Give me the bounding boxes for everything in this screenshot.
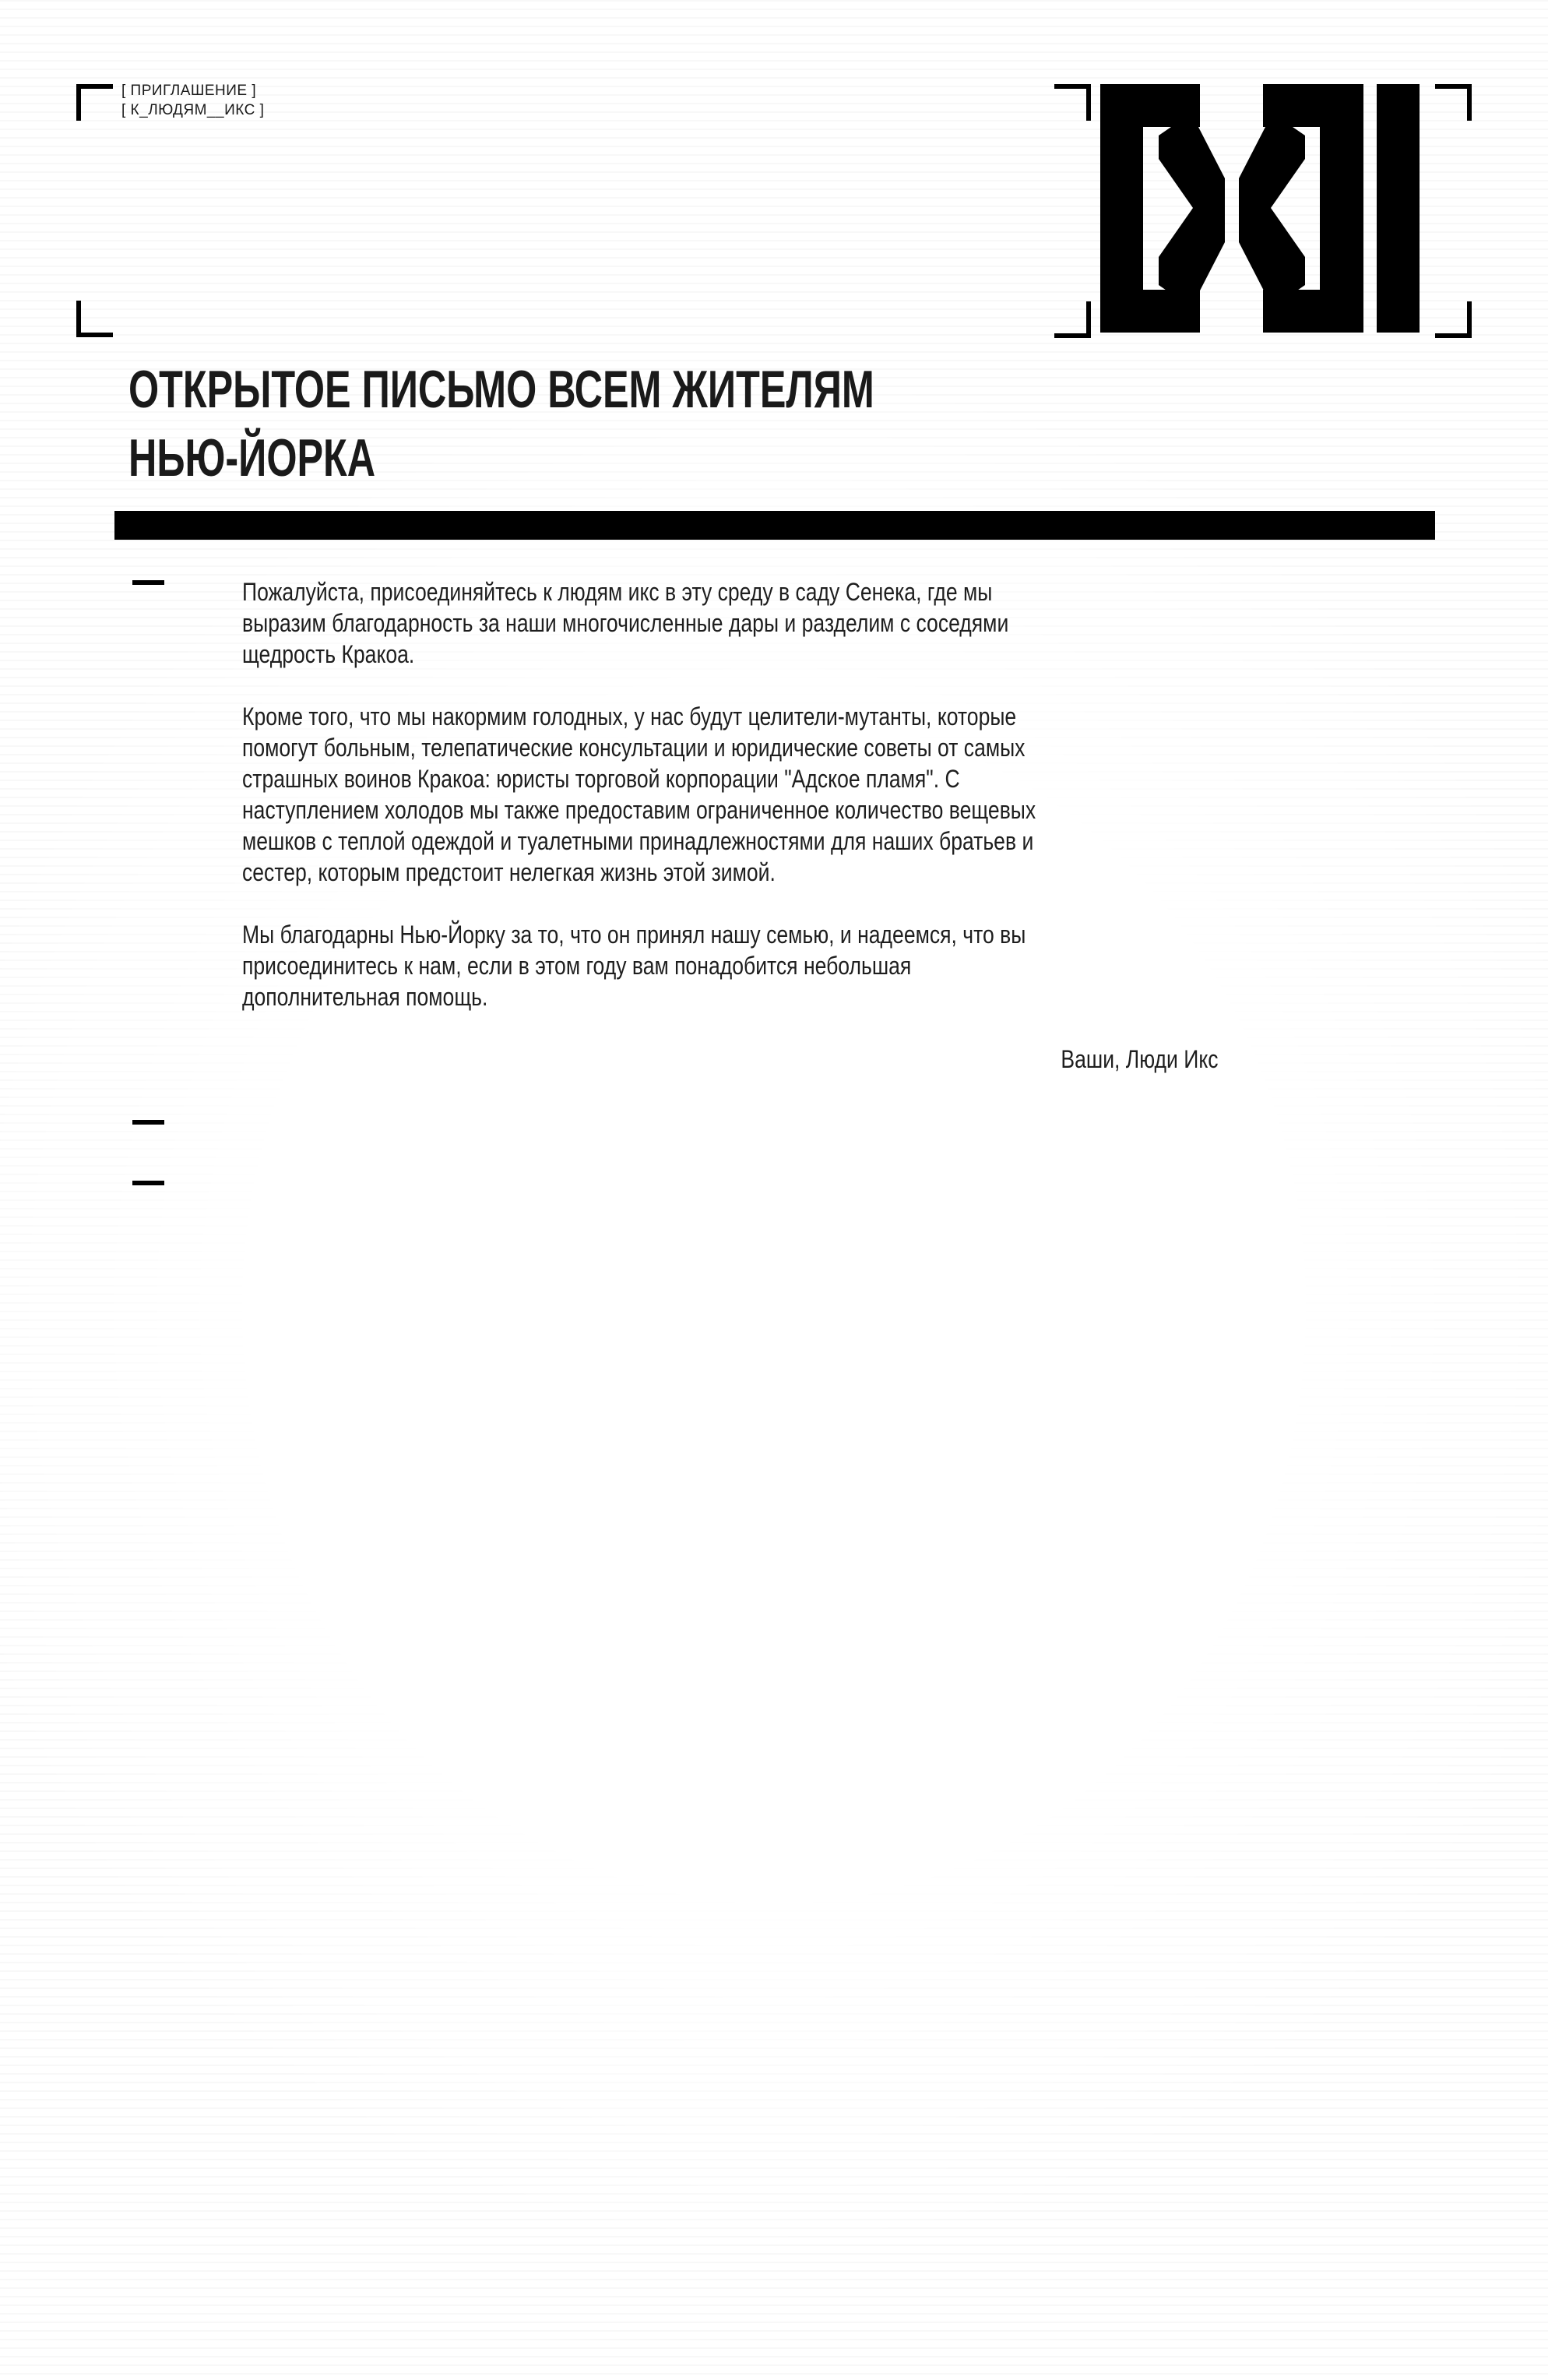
- text-line: дополнительная помощь.: [242, 981, 1036, 1012]
- text-line: присоединитесь к нам, если в этом году в…: [242, 950, 1036, 981]
- text-line: выразим благодарность за наши многочисле…: [242, 607, 1036, 639]
- text-line: помогут больным, телепатические консульт…: [242, 732, 1036, 763]
- corner-bracket-top-left: [76, 84, 113, 121]
- tag-invitation: [ ПРИГЛАШЕНИЕ ]: [121, 81, 264, 100]
- logo-corner-top-left: [1054, 84, 1091, 121]
- logo-corner-bottom-right: [1435, 301, 1472, 338]
- page-title: ОТКРЫТОЕ ПИСЬМО ВСЕМ ЖИТЕЛЯМ НЬЮ-ЙОРКА: [128, 355, 874, 492]
- margin-dash-1: [132, 580, 164, 585]
- title-line-1: ОТКРЫТОЕ ПИСЬМО ВСЕМ ЖИТЕЛЯМ: [128, 355, 874, 424]
- text-line: сестер, которым предстоит нелегкая жизнь…: [242, 857, 1036, 888]
- text-line: Мы благодарны Нью-Йорку за то, что он пр…: [242, 919, 1036, 950]
- paragraph-services: Кроме того, что мы накормим голодных, у …: [242, 701, 1036, 888]
- x-men-bracket-logo-icon: [1100, 84, 1420, 333]
- letter-body: Пожалуйста, присоединяйтесь к людям икс …: [242, 576, 1036, 1044]
- corner-bracket-bottom-left: [76, 301, 113, 337]
- paragraph-invitation: Пожалуйста, присоединяйтесь к людям икс …: [242, 576, 1036, 670]
- text-line: Пожалуйста, присоединяйтесь к людям икс …: [242, 576, 1036, 607]
- text-line: мешков с теплой одеждой и туалетными при…: [242, 826, 1036, 857]
- text-line: страшных воинов Кракоа: юристы торговой …: [242, 763, 1036, 794]
- header-tag-block: [ ПРИГЛАШЕНИЕ ] [ К_ЛЮДЯМ__ИКС ]: [121, 81, 264, 120]
- text-line: щедрость Кракоа.: [242, 639, 1036, 670]
- logo-corner-top-right: [1435, 84, 1472, 121]
- title-line-2: НЬЮ-ЙОРКА: [128, 424, 874, 492]
- title-divider-bar: [114, 511, 1435, 540]
- paragraph-gratitude: Мы благодарны Нью-Йорку за то, что он пр…: [242, 919, 1036, 1012]
- letter-signature: Ваши, Люди Икс: [1061, 1044, 1219, 1075]
- margin-dash-2: [132, 1120, 164, 1125]
- margin-dash-3: [132, 1181, 164, 1185]
- tag-to-xmen: [ К_ЛЮДЯМ__ИКС ]: [121, 100, 264, 120]
- logo-corner-bottom-left: [1054, 301, 1091, 338]
- text-line: Кроме того, что мы накормим голодных, у …: [242, 701, 1036, 732]
- text-line: наступлением холодов мы также предостави…: [242, 794, 1036, 826]
